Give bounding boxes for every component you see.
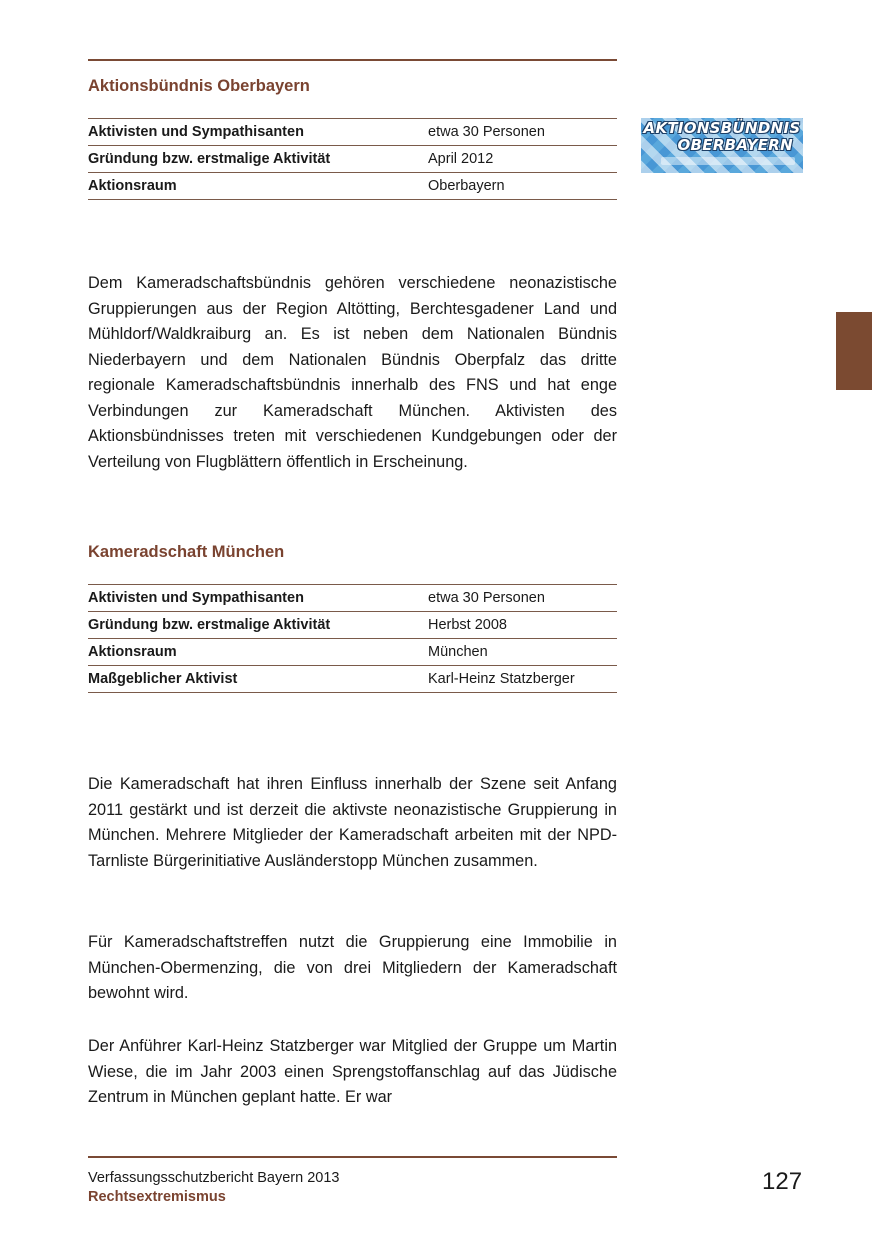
- fact-key: Aktivisten und Sympathisanten: [88, 585, 428, 612]
- fact-key: Gründung bzw. erstmalige Aktivität: [88, 612, 428, 639]
- logo-line-2: OBERBAYERN: [641, 137, 803, 153]
- top-rule: [88, 59, 617, 61]
- paragraph-kameradschaft-2: Für Kameradschaftstreffen nutzt die Grup…: [88, 930, 617, 1007]
- footer-publication-title: Verfassungsschutzbericht Bayern 2013: [88, 1170, 339, 1186]
- paragraph-kameradschaft-3: Der Anführer Karl-Heinz Statzberger war …: [88, 1034, 617, 1111]
- logo-line-1: AKTIONSBÜNDNIS: [641, 120, 803, 137]
- fact-value: München: [428, 639, 617, 666]
- table-row: Aktivisten und Sympathisanten etwa 30 Pe…: [88, 585, 617, 612]
- fact-value: April 2012: [428, 146, 617, 173]
- table-row: Gründung bzw. erstmalige Aktivität April…: [88, 146, 617, 173]
- fact-key: Aktionsraum: [88, 639, 428, 666]
- fact-value: Oberbayern: [428, 173, 617, 200]
- chapter-tab-marker: [836, 312, 872, 390]
- page-number: 127: [762, 1168, 802, 1196]
- table-row: Gründung bzw. erstmalige Aktivität Herbs…: [88, 612, 617, 639]
- table-row: Aktivisten und Sympathisanten etwa 30 Pe…: [88, 119, 617, 146]
- table-row: Aktionsraum München: [88, 639, 617, 666]
- fact-key: Aktionsraum: [88, 173, 428, 200]
- fact-value: Herbst 2008: [428, 612, 617, 639]
- fact-value: Karl-Heinz Statzberger: [428, 666, 617, 693]
- fact-key: Gründung bzw. erstmalige Aktivität: [88, 146, 428, 173]
- table-row: Maßgeblicher Aktivist Karl-Heinz Statzbe…: [88, 666, 617, 693]
- aktionsbuendnis-logo: AKTIONSBÜNDNIS OBERBAYERN: [641, 118, 803, 173]
- paragraph-aktionsbuendnis: Dem Kameradschaftsbündnis gehören versch…: [88, 271, 617, 475]
- fact-key: Aktivisten und Sympathisanten: [88, 119, 428, 146]
- facts-table-aktionsbuendnis: Aktivisten und Sympathisanten etwa 30 Pe…: [88, 118, 617, 200]
- fact-value: etwa 30 Personen: [428, 585, 617, 612]
- footer-chapter-name: Rechtsextremismus: [88, 1189, 226, 1205]
- section-heading-aktionsbuendnis: Aktionsbündnis Oberbayern: [88, 77, 310, 96]
- footer-rule: [88, 1156, 617, 1158]
- fact-key: Maßgeblicher Aktivist: [88, 666, 428, 693]
- logo-tagline-illegible: [661, 157, 795, 165]
- facts-table-kameradschaft-muenchen: Aktivisten und Sympathisanten etwa 30 Pe…: [88, 584, 617, 693]
- section-heading-kameradschaft-muenchen: Kameradschaft München: [88, 543, 284, 562]
- table-row: Aktionsraum Oberbayern: [88, 173, 617, 200]
- paragraph-kameradschaft-1: Die Kameradschaft hat ihren Einfluss inn…: [88, 772, 617, 874]
- fact-value: etwa 30 Personen: [428, 119, 617, 146]
